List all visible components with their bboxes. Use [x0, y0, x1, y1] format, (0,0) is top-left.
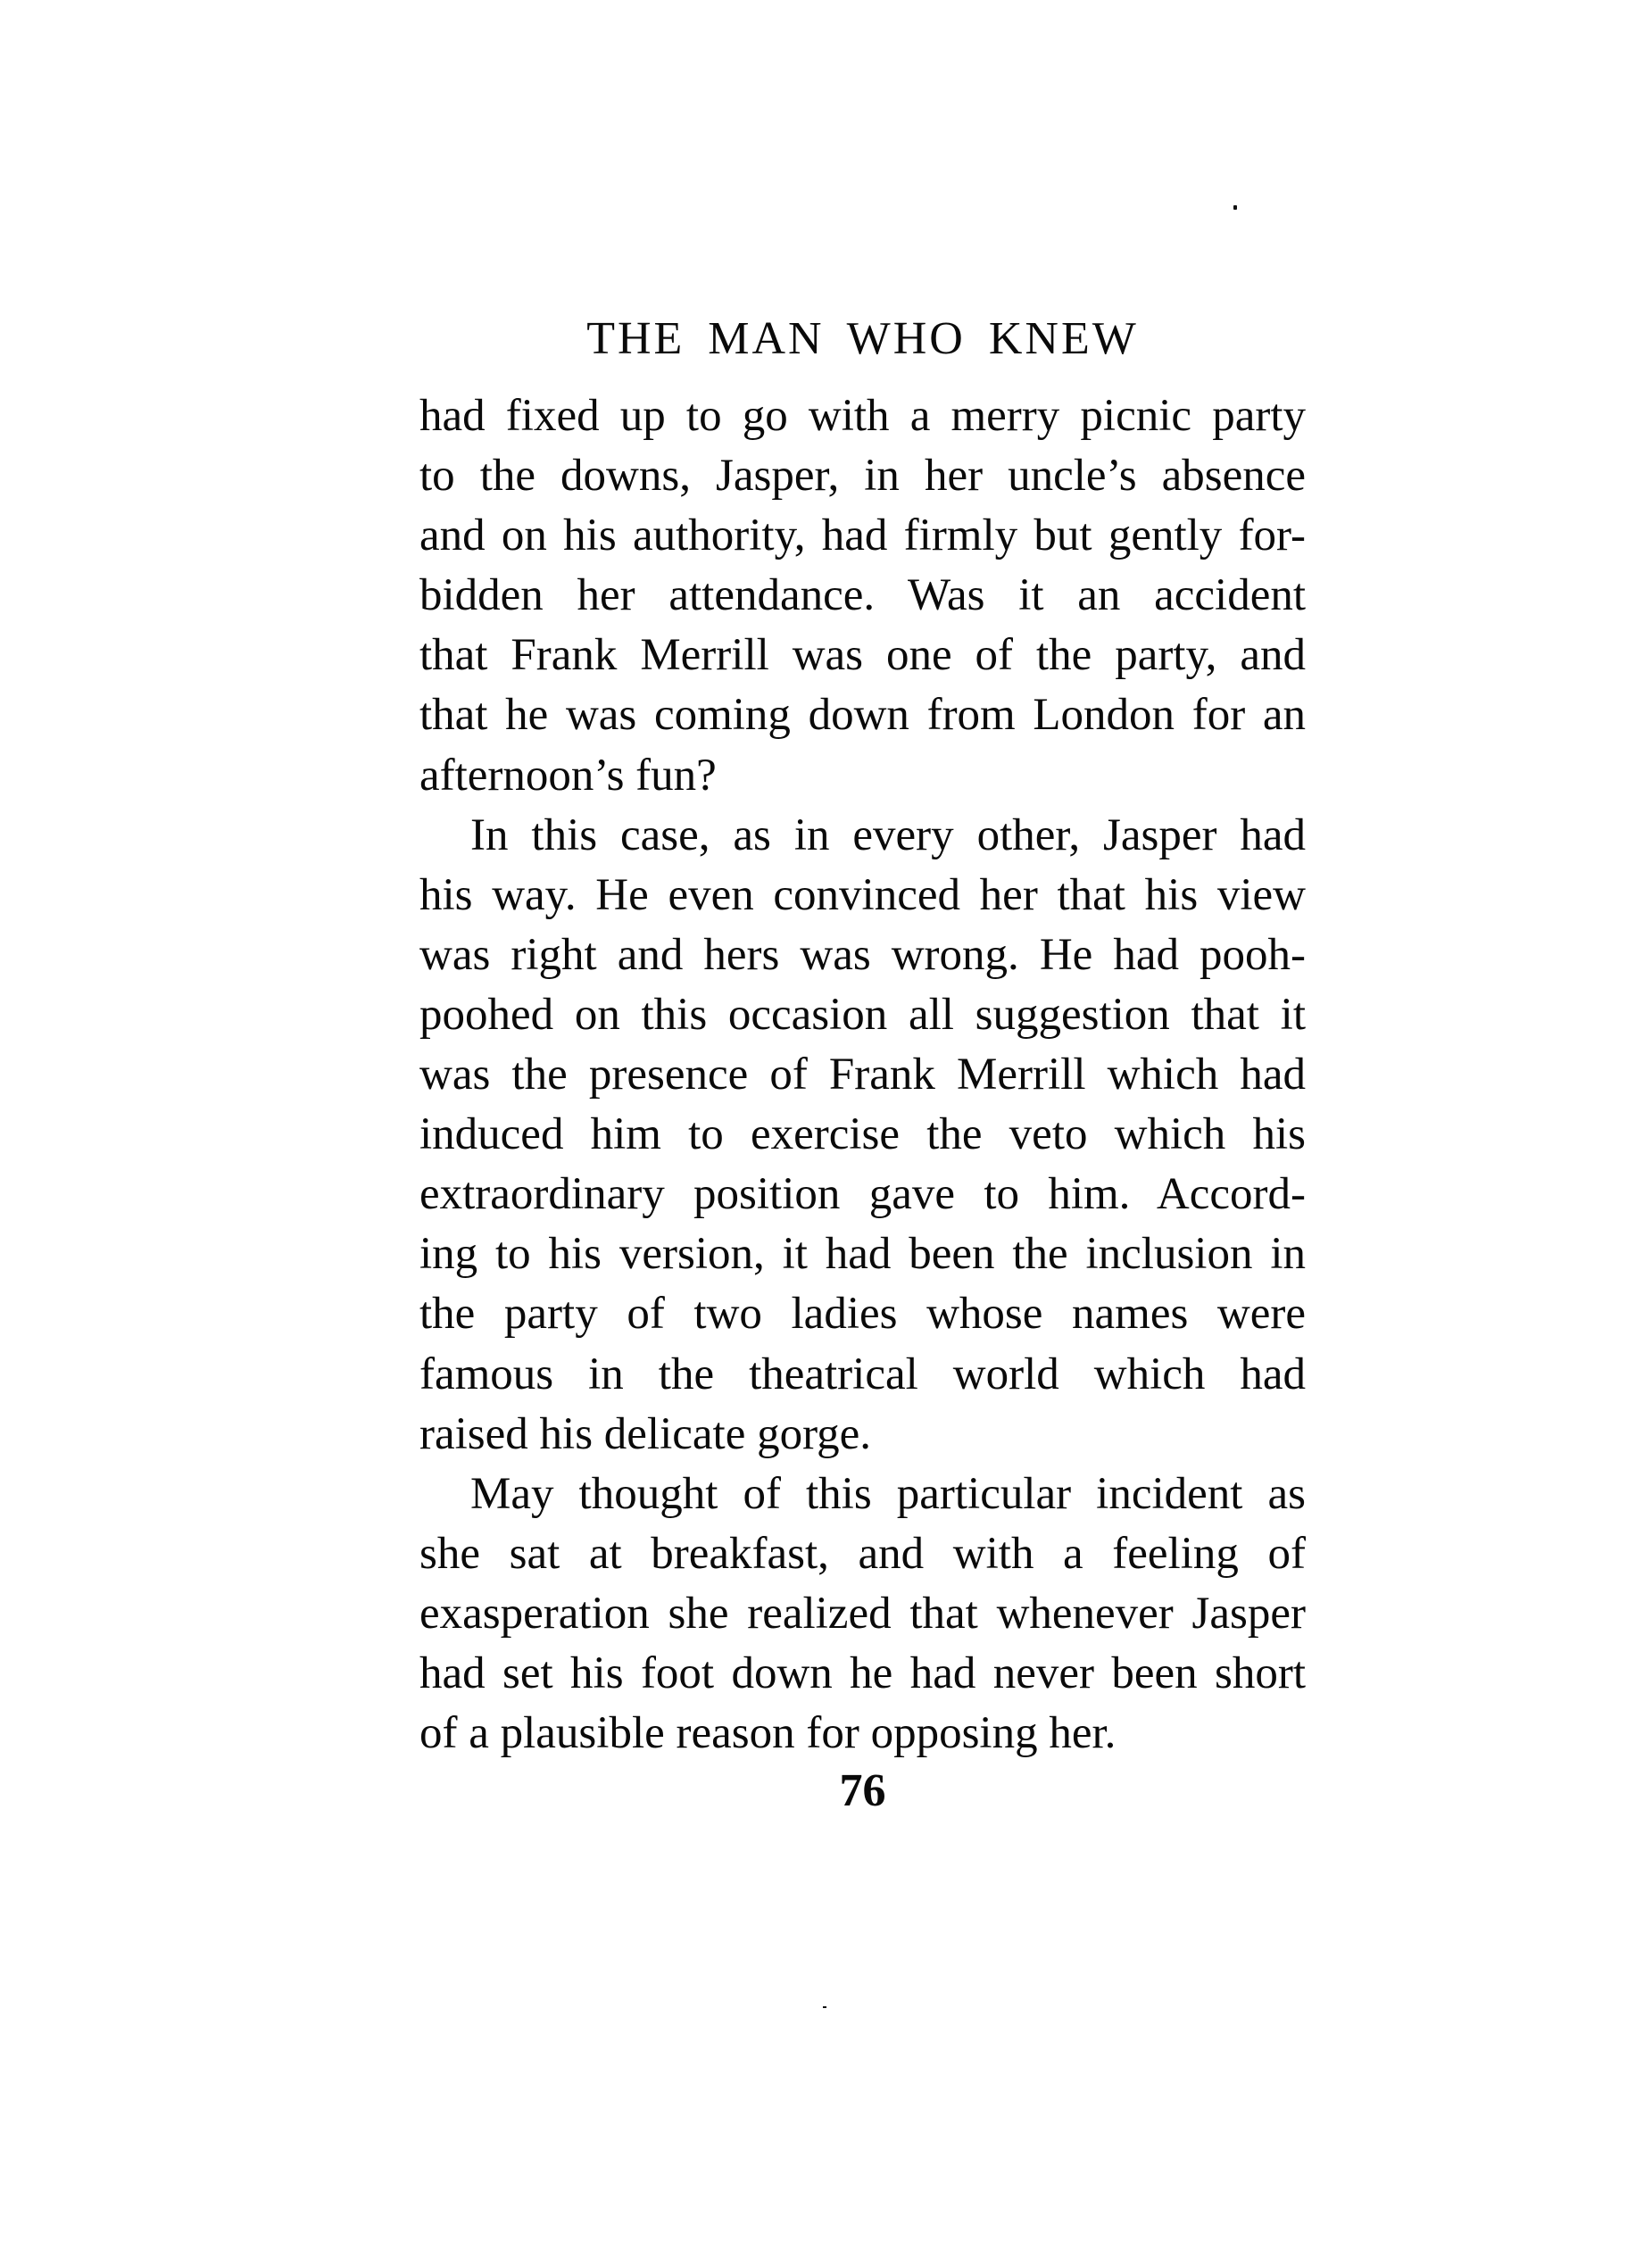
text-line: In this case, as in every other, Jasper …	[419, 806, 1306, 866]
text-line: raised his delicate gorge.	[419, 1405, 1306, 1465]
body-text: had fixed up to go with a merry picnic p…	[419, 386, 1306, 1764]
paragraph-1: had fixed up to go with a merry picnic p…	[419, 386, 1306, 806]
text-line: May thought of this particular incident …	[419, 1465, 1306, 1524]
scan-speck	[1233, 205, 1237, 210]
paragraph-3: May thought of this particular incident …	[419, 1465, 1306, 1764]
text-line: his way. He even convinced her that his …	[419, 866, 1306, 925]
text-line: she sat at breakfast, and with a feeling…	[419, 1524, 1306, 1584]
scan-speck	[823, 2006, 826, 2008]
text-line: that he was coming down from London for …	[419, 685, 1306, 745]
text-line: of a plausible reason for opposing her.	[419, 1704, 1306, 1764]
text-line: famous in the theatrical world which had	[419, 1345, 1306, 1405]
running-head: THE MAN WHO KNEW	[419, 312, 1306, 366]
text-line: had fixed up to go with a merry picnic p…	[419, 386, 1306, 446]
text-line: and on his authority, had firmly but gen…	[419, 506, 1306, 566]
text-line: had set his foot down he had never been …	[419, 1644, 1306, 1704]
text-line: poohed on this occasion all suggestion t…	[419, 985, 1306, 1045]
text-line: the party of two ladies whose names were	[419, 1284, 1306, 1344]
text-line: was right and hers was wrong. He had poo…	[419, 925, 1306, 985]
text-line: exasperation she realized that whenever …	[419, 1584, 1306, 1644]
paragraph-2: In this case, as in every other, Jasper …	[419, 806, 1306, 1465]
text-line: extraordinary position gave to him. Acco…	[419, 1165, 1306, 1224]
text-line: induced him to exercise the veto which h…	[419, 1105, 1306, 1165]
text-line: to the downs, Jasper, in her uncle’s abs…	[419, 446, 1306, 506]
page-number: 76	[419, 1764, 1306, 1818]
text-line: afternoon’s fun?	[419, 746, 1306, 806]
text-line: ing to his version, it had been the incl…	[419, 1224, 1306, 1284]
text-line: that Frank Merrill was one of the party,…	[419, 626, 1306, 685]
text-line: was the presence of Frank Merrill which …	[419, 1045, 1306, 1105]
text-line: bidden her attendance. Was it an acciden…	[419, 566, 1306, 626]
